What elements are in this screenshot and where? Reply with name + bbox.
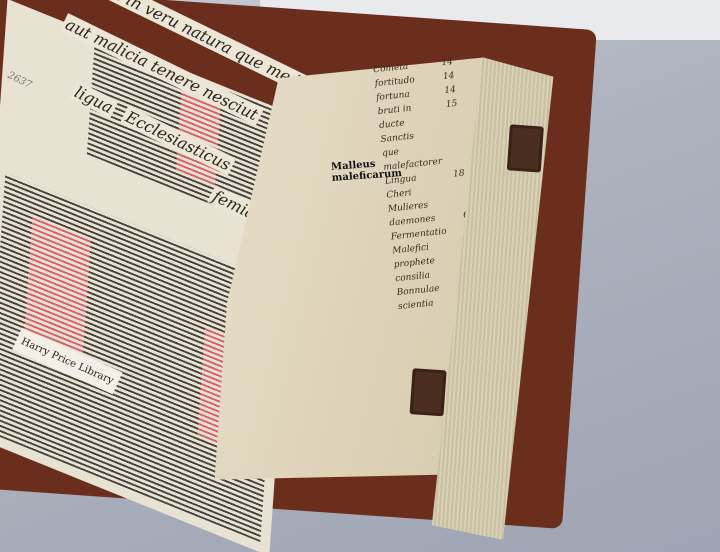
metal-clasp — [507, 124, 544, 172]
antique-book: Tria sut in veru natura que mediu in bon… — [0, 0, 638, 552]
photo-scene: Tria sut in veru natura que mediu in bon… — [0, 0, 720, 552]
metal-clasp — [410, 368, 447, 416]
